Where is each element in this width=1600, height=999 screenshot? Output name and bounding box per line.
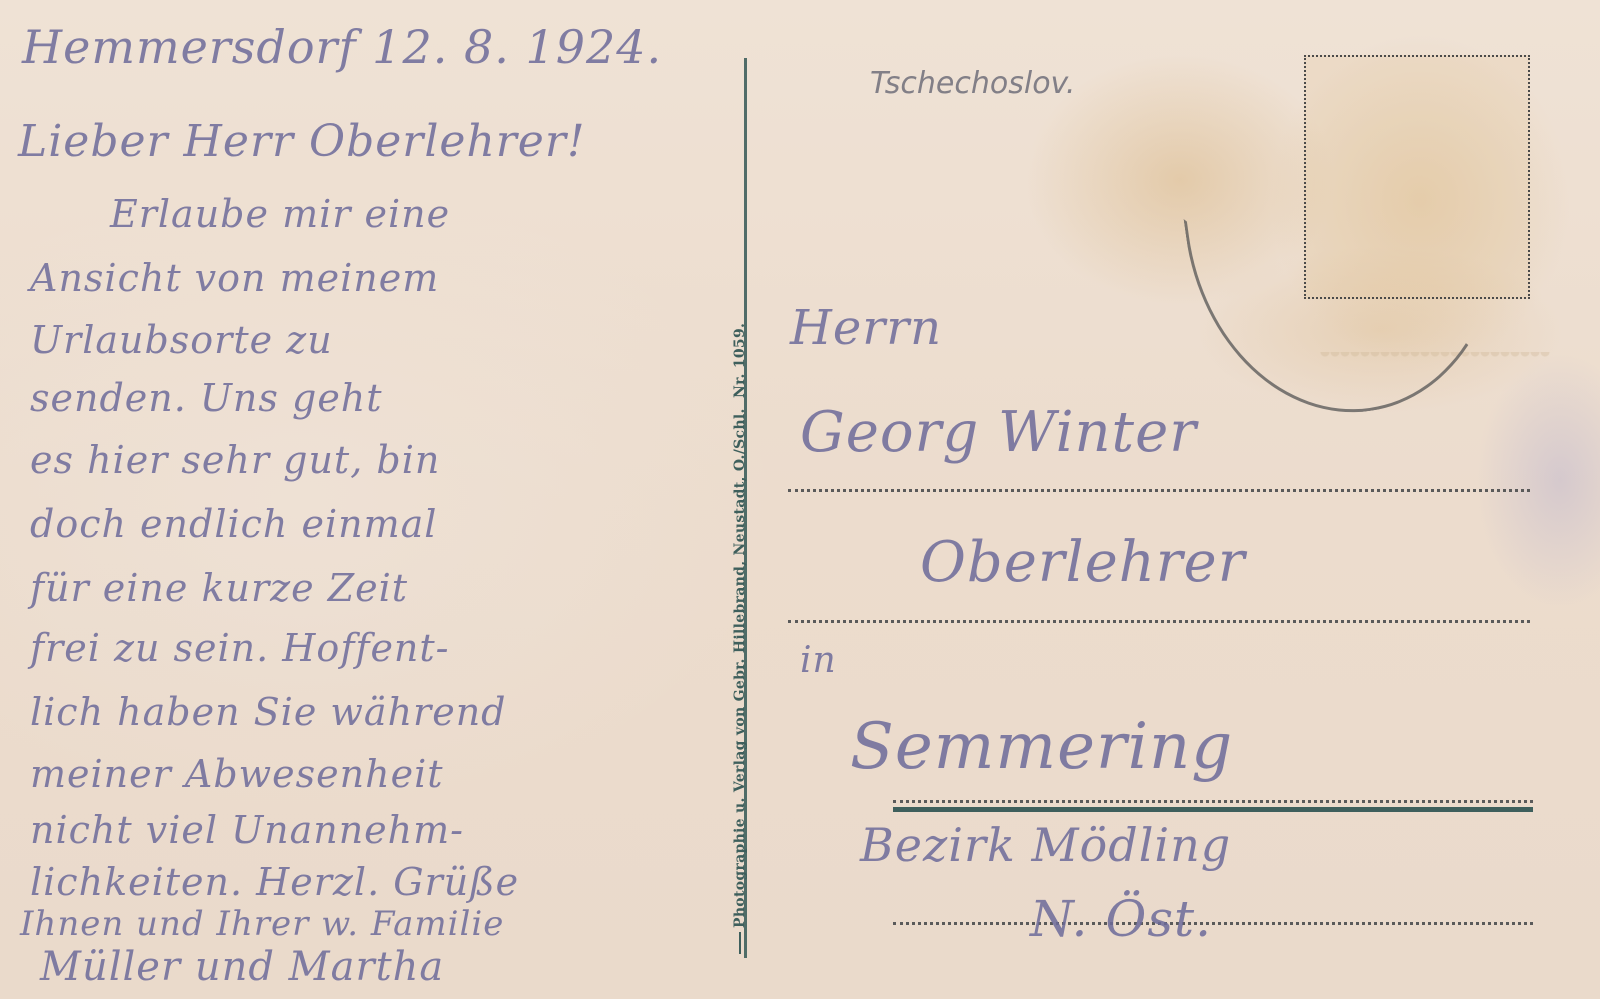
postmark-arc (1184, 175, 1527, 433)
message-line: Erlaube mir eine (110, 192, 450, 236)
message-line: Ihnen und Ihrer w. Familie (20, 904, 504, 944)
message-signature: Müller und Martha (40, 944, 444, 990)
imprint-rule-start (739, 932, 741, 954)
imprint-number-label: Nr. (732, 373, 748, 398)
message-header: Hemmersdorf 12. 8. 1924. (22, 20, 662, 74)
message-line: frei zu sein. Hoffent- (30, 626, 450, 670)
address-in: in (800, 640, 837, 681)
message-line: lich haben Sie während (30, 690, 507, 734)
address-town: Semmering (850, 710, 1233, 784)
message-line: senden. Uns geht (30, 376, 383, 420)
message-line: doch endlich einmal (30, 502, 437, 546)
address-region: N. Öst. (1030, 890, 1212, 948)
pencil-note: Tschechoslov. (870, 66, 1075, 101)
message-line: es hier sehr gut, bin (30, 438, 440, 482)
address-line-1 (788, 489, 1530, 492)
address-name: Georg Winter (800, 400, 1197, 465)
publisher-imprint: Photographie u. Verlag von Gebr. Hillebr… (732, 323, 748, 958)
address-district: Bezirk Mödling (860, 818, 1231, 872)
imprint-text: Photographie u. Verlag von Gebr. Hillebr… (732, 408, 748, 928)
message-line: meiner Abwesenheit (30, 752, 444, 796)
message-line: nicht viel Unannehm- (30, 808, 464, 852)
message-salutation: Lieber Herr Oberlehrer! (18, 116, 586, 167)
address-line-2 (788, 620, 1530, 623)
message-line: Ansicht von meinem (30, 256, 439, 300)
address-salutation: Herrn (790, 300, 942, 356)
message-line: für eine kurze Zeit (30, 566, 408, 610)
address-solid-rule (893, 807, 1533, 812)
address-line-4 (893, 922, 1533, 925)
imprint-number: 1059. (732, 323, 748, 368)
postcard-back: Hemmersdorf 12. 8. 1924. Lieber Herr Obe… (0, 0, 1600, 999)
message-line: lichkeiten. Herzl. Grüße (30, 860, 519, 904)
address-line-3 (893, 800, 1533, 803)
address-title: Oberlehrer (920, 530, 1245, 595)
message-line: Urlaubsorte zu (30, 318, 333, 362)
